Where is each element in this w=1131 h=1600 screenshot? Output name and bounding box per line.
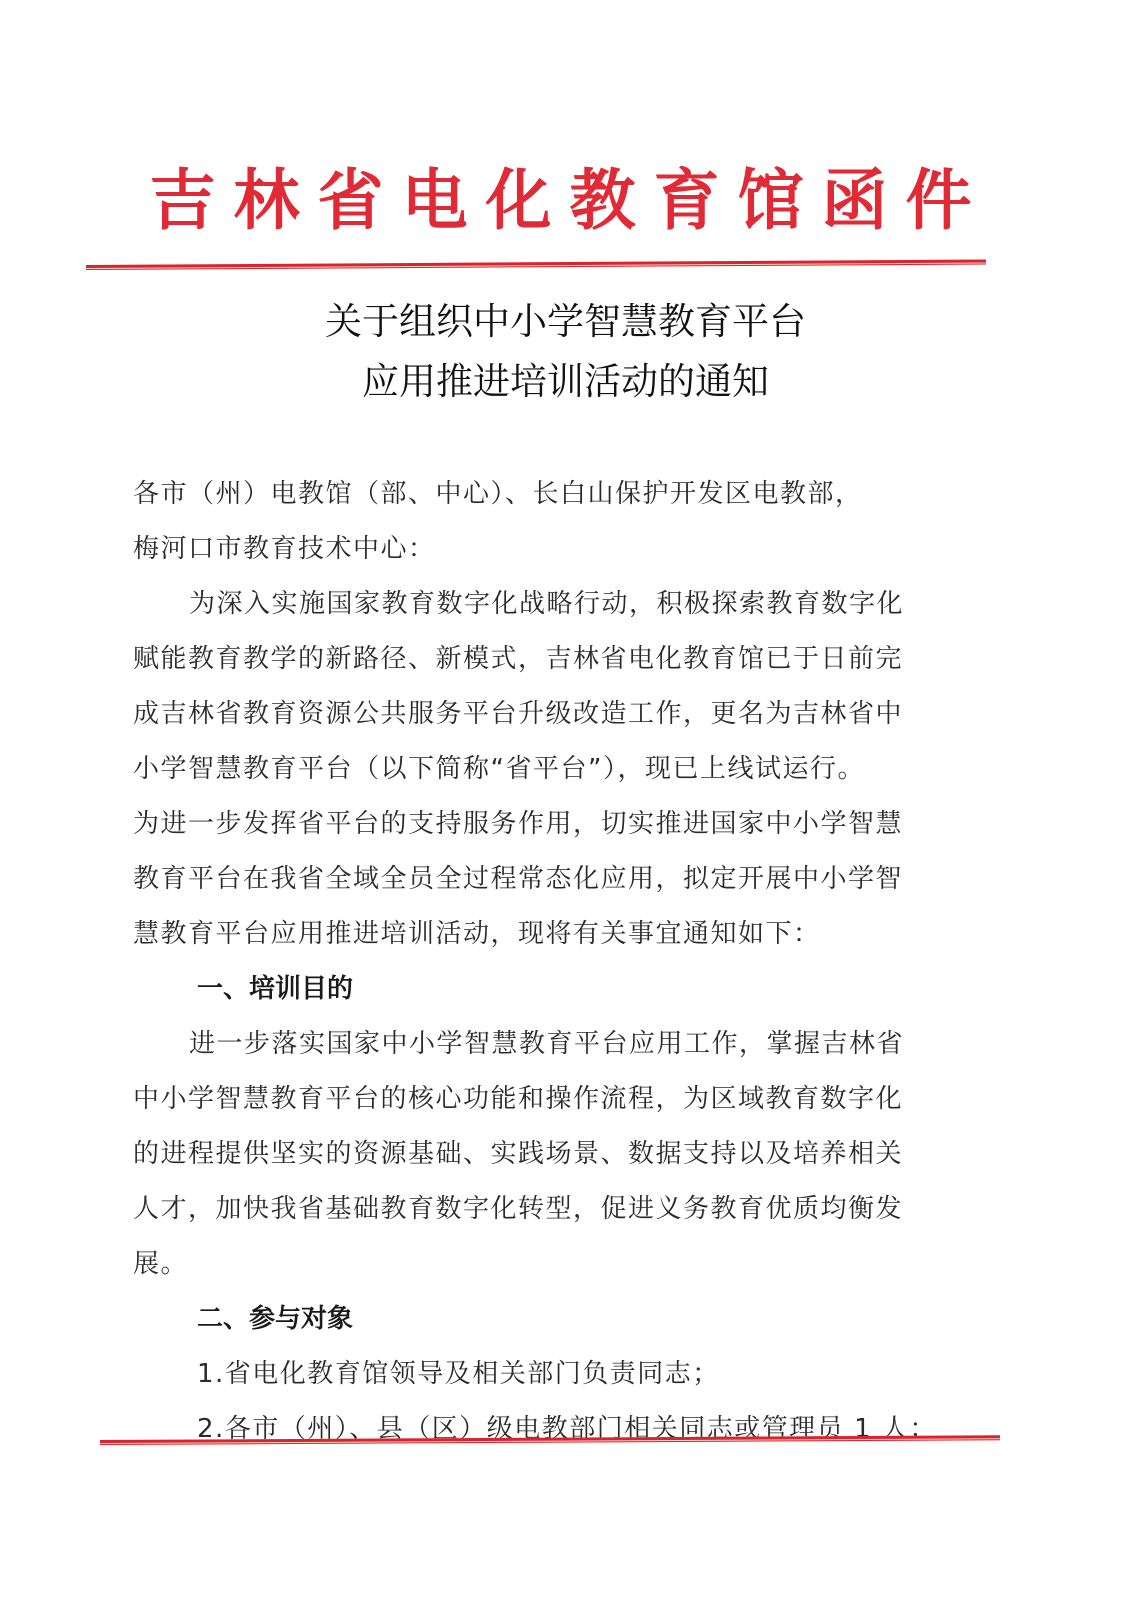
paragraph-line: 中小学智慧教育平台的核心功能和操作流程，为区域教育数字化 <box>133 1072 963 1127</box>
paragraph-line: 成吉林省教育资源公共服务平台升级改造工作，更名为吉林省中 <box>133 687 963 742</box>
document-title-line-2: 应用推进培训活动的通知 <box>0 352 1131 412</box>
recipients-line-1: 各市（州）电教馆（部、中心）、长白山保护开发区电教部， <box>133 467 963 522</box>
document-body: 各市（州）电教馆（部、中心）、长白山保护开发区电教部， 梅河口市教育技术中心： … <box>133 467 963 1457</box>
paragraph-line: 慧教育平台应用推进培训活动，现将有关事宜通知如下： <box>133 907 963 962</box>
intro-paragraph: 为深入实施国家教育数字化战略行动，积极探索教育数字化 赋能教育教学的新路径、新模… <box>133 577 963 962</box>
section-heading: 一、培训目的 <box>133 962 963 1017</box>
paragraph-line: 赋能教育教学的新路径、新模式，吉林省电化教育馆已于日前完 <box>133 632 963 687</box>
section-training-purpose: 一、培训目的 进一步落实国家中小学智慧教育平台应用工作，掌握吉林省 中小学智慧教… <box>133 962 963 1292</box>
document-title-line-1: 关于组织中小学智慧教育平台 <box>0 292 1131 352</box>
recipients-line-2: 梅河口市教育技术中心： <box>133 522 963 577</box>
paragraph-line: 人才，加快我省基础教育数字化转型，促进义务教育优质均衡发 <box>133 1182 963 1237</box>
paragraph-line: 教育平台在我省全域全员全过程常态化应用，拟定开展中小学智 <box>133 852 963 907</box>
header-red-rule <box>86 260 986 270</box>
document-title: 关于组织中小学智慧教育平台 应用推进培训活动的通知 <box>0 292 1131 412</box>
list-item: 2.各市（州）、县（区）级电教部门相关同志或管理员 1 人； <box>133 1402 963 1457</box>
paragraph-line: 的进程提供坚实的资源基础、实践场景、数据支持以及培养相关 <box>133 1127 963 1182</box>
letterhead-title: 吉林省电化教育馆函件 <box>0 160 1131 240</box>
paragraph-line: 进一步落实国家中小学智慧教育平台应用工作，掌握吉林省 <box>133 1017 963 1072</box>
paragraph-line: 为深入实施国家教育数字化战略行动，积极探索教育数字化 <box>133 577 963 632</box>
paragraph-line: 展。 <box>133 1237 963 1292</box>
section-participants: 二、参与对象 1.省电化教育馆领导及相关部门负责同志； 2.各市（州）、县（区）… <box>133 1292 963 1457</box>
paragraph-line: 为进一步发挥省平台的支持服务作用，切实推进国家中小学智慧 <box>133 797 963 852</box>
paragraph-line: 小学智慧教育平台（以下简称“省平台”），现已上线试运行。 <box>133 742 963 797</box>
list-item: 1.省电化教育馆领导及相关部门负责同志； <box>133 1347 963 1402</box>
section-heading: 二、参与对象 <box>133 1292 963 1347</box>
